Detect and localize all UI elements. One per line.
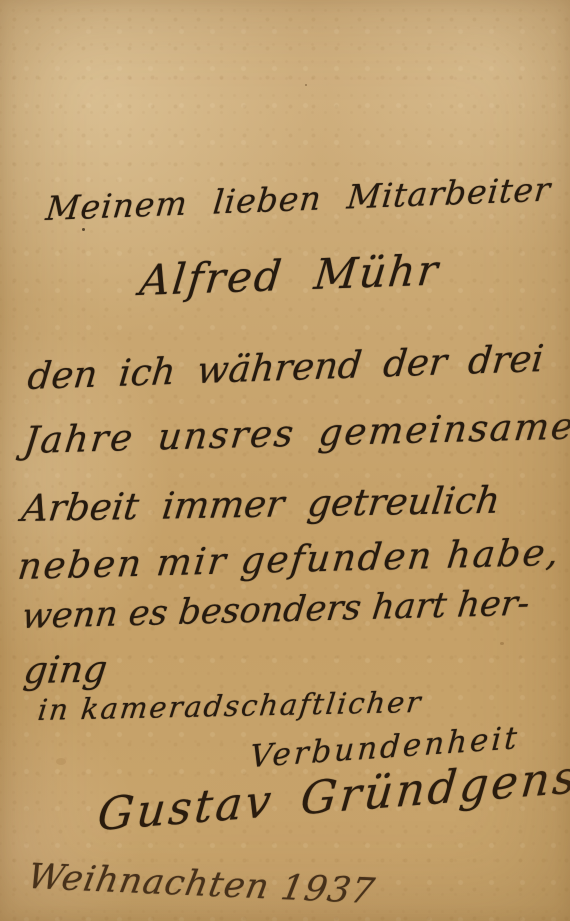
dedication-body-line: ging	[22, 651, 110, 690]
dedication-body-line: Arbeit immer getreulich	[20, 482, 502, 527]
dedication-body-line: Jahre unsres gemeinsamen	[22, 407, 570, 459]
manuscript-page-photo: Meinem lieben Mitarbeiter Alfred Mühr de…	[0, 0, 570, 921]
paper-speck	[305, 84, 307, 86]
paper-stain	[56, 758, 66, 765]
recipient-name: Alfred Mühr	[138, 249, 442, 302]
dedication-closing-line: in kameradschaftlicher	[36, 688, 424, 725]
date-line: Weihnachten 1937	[25, 860, 378, 910]
dedication-body-line: wenn es besonders hart her-	[20, 587, 531, 635]
dedication-body-line: neben mir gefunden habe,	[16, 534, 563, 585]
dedication-salutation: Meinem lieben Mitarbeiter	[44, 173, 552, 226]
dedication-body-line: den ich während der drei	[26, 340, 545, 395]
paper-speck	[82, 228, 85, 231]
paper-speck	[500, 642, 504, 645]
